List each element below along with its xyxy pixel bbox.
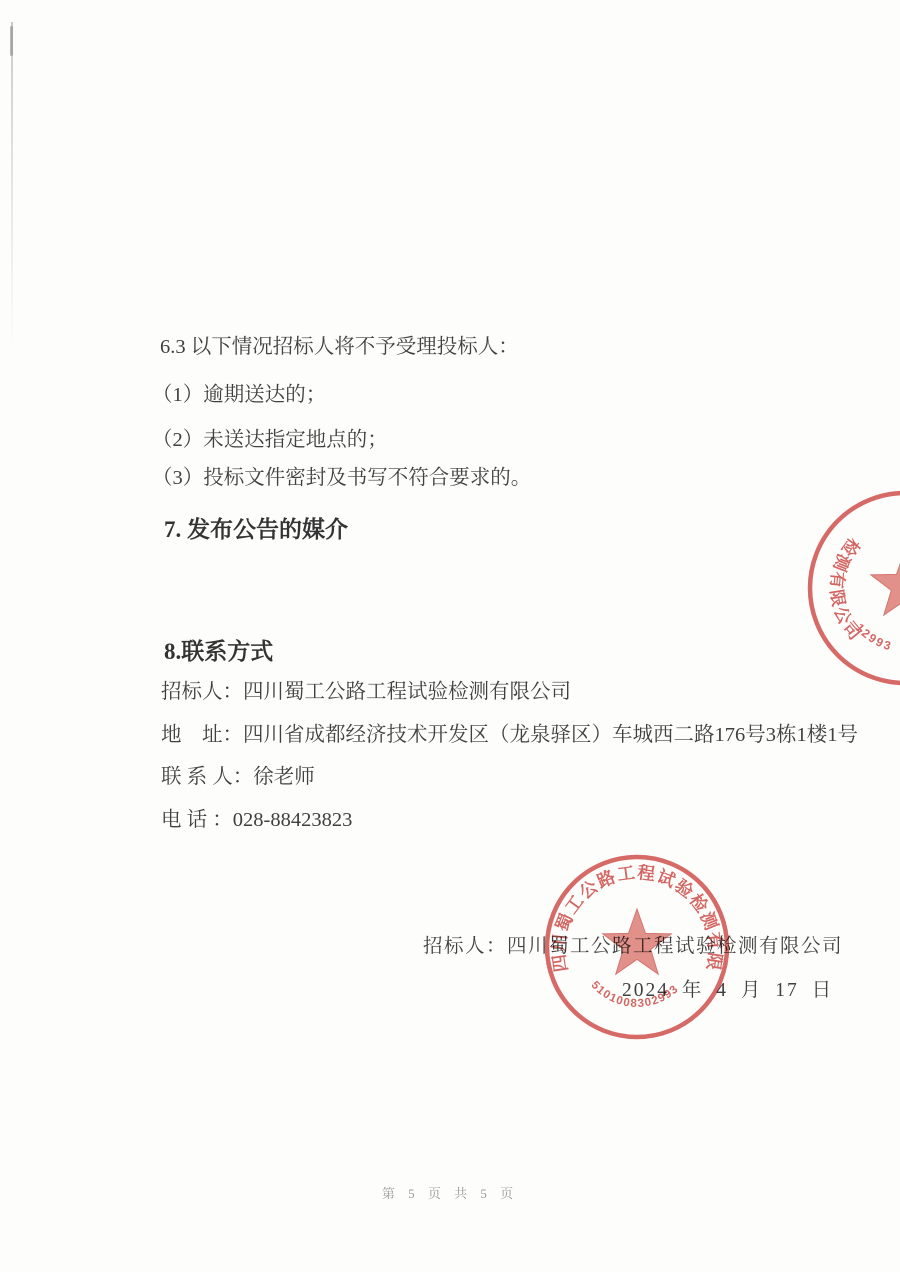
seal-graphic: 检测有限公司 12993	[805, 488, 900, 688]
seal-graphic: 四川蜀工公路工程试验检测有限公司 5101008302993	[537, 847, 737, 1047]
scan-edge-artifact	[11, 22, 13, 352]
official-seal-partial: 检测有限公司 12993	[805, 488, 900, 688]
section-7-heading: 7. 发布公告的媒介	[164, 511, 348, 544]
list-item: （3）投标文件密封及书写不符合要求的。	[152, 463, 531, 493]
svg-text:5101008302993: 5101008302993	[589, 979, 682, 1010]
scanned-document-page: 6.3 以下情况招标人将不予受理投标人： （1）逾期送达的； （2）未送达指定地…	[0, 0, 900, 1272]
seal-ring	[810, 493, 900, 683]
contact-address: 地 址：四川省成都经济技术开发区（龙泉驿区）车城西二路176号3栋1楼1号	[161, 720, 858, 750]
contact-phone: 电 话 ：028-88423823	[161, 805, 352, 835]
official-seal: 四川蜀工公路工程试验检测有限公司 5101008302993	[537, 847, 737, 1047]
seal-star-icon	[603, 909, 671, 974]
contact-person: 联 系 人：徐老师	[161, 762, 315, 792]
section-8-heading: 8.联系方式	[164, 633, 273, 666]
list-item: （1）逾期送达的；	[152, 380, 326, 410]
clause-63-heading: 6.3 以下情况招标人将不予受理投标人：	[160, 332, 519, 362]
seal-star-icon	[871, 550, 900, 615]
seal-code-text: 5101008302993	[589, 979, 682, 1010]
list-item: （2）未送达指定地点的；	[152, 425, 388, 455]
scan-edge-mark	[10, 26, 13, 56]
page-number-footer: 第 5 页 共 5 页	[0, 1183, 900, 1202]
contact-tenderer: 招标人：四川蜀工公路工程试验检测有限公司	[161, 677, 571, 707]
